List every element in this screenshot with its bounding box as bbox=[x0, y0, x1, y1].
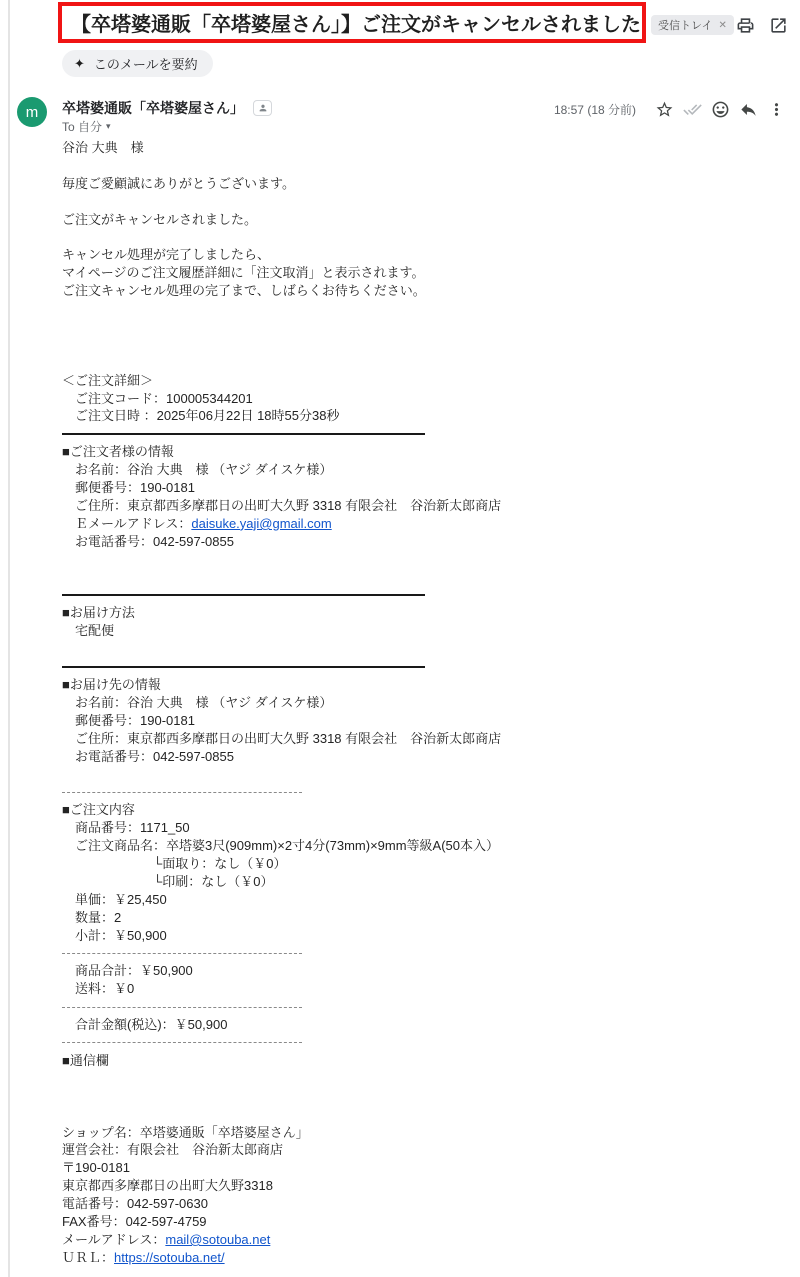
body-line: ご注文日時 ：2025年06月22日 18時55分38秒 bbox=[62, 407, 752, 425]
open-in-new-button[interactable] bbox=[766, 13, 790, 37]
body-text: メールアドレス： bbox=[62, 1232, 165, 1247]
body-line: 電話番号：042-597-0630 bbox=[62, 1195, 752, 1213]
body-line bbox=[62, 157, 752, 175]
body-line bbox=[62, 354, 752, 372]
emoji-reaction-button[interactable] bbox=[706, 95, 734, 123]
smiley-icon bbox=[711, 100, 730, 119]
body-line bbox=[62, 1106, 752, 1124]
avatar-letter: m bbox=[26, 104, 39, 121]
body-line: ご注文がキャンセルされました。 bbox=[62, 211, 752, 229]
body-line: ■ご注文内容 bbox=[62, 801, 752, 819]
to-label: To 自分 bbox=[62, 118, 102, 135]
open-in-new-icon bbox=[769, 16, 788, 35]
body-line: ■ご注文者様の情報 bbox=[62, 443, 752, 461]
more-vert-icon bbox=[767, 100, 786, 119]
body-line: ご注文キャンセル処理の完了まで、しばらくお待ちください。 bbox=[62, 282, 752, 300]
body-line: 合計金額(税込)：￥50,900 bbox=[62, 1016, 752, 1034]
remove-label-icon[interactable]: ✕ bbox=[718, 20, 726, 31]
divider-solid bbox=[62, 587, 752, 605]
body-line: 商品番号：1171_50 bbox=[62, 819, 752, 837]
delivery-status-indicator bbox=[678, 95, 706, 123]
body-line: 毎度ご愛顧誠にありがとうございます。 bbox=[62, 175, 752, 193]
body-line: 小計：￥50,900 bbox=[62, 927, 752, 945]
body-line: ■お届け先の情報 bbox=[62, 676, 752, 694]
email-body: 谷治 大典 様毎度ご愛顧誠にありがとうございます。ご注文がキャンセルされました。… bbox=[62, 139, 752, 1267]
recipient-dropdown[interactable]: To 自分 ▾ bbox=[62, 118, 111, 135]
body-line bbox=[62, 1070, 752, 1088]
print-icon bbox=[736, 16, 755, 35]
divider-dashed bbox=[62, 1034, 752, 1052]
body-line bbox=[62, 300, 752, 318]
body-line: ＵＲＬ：https://sotouba.net/ bbox=[62, 1249, 752, 1267]
body-line: メールアドレス：mail@sotouba.net bbox=[62, 1231, 752, 1249]
body-line: お電話番号：042-597-0855 bbox=[62, 533, 752, 551]
body-line: ご住所：東京都西多摩郡日の出町大久野 3318 有限会社 谷治新太郎商店 bbox=[62, 497, 752, 515]
body-link[interactable]: mail@sotouba.net bbox=[165, 1232, 270, 1247]
summarize-label: このメールを要約 bbox=[94, 54, 198, 73]
body-line bbox=[62, 569, 752, 587]
body-line bbox=[62, 229, 752, 247]
summarize-email-button[interactable]: ✦ このメールを要約 bbox=[62, 50, 213, 77]
sender-badge-icon bbox=[253, 100, 272, 116]
divider-dashed bbox=[62, 945, 752, 963]
body-line: ご注文コード：100005344201 bbox=[62, 390, 752, 408]
body-line: ご注文商品名：卒塔婆3尺(909mm)×2寸4分(73mm)×9mm等級A(50… bbox=[62, 837, 752, 855]
body-line: お名前：谷治 大典 様 （ヤジ ダイスケ様） bbox=[62, 694, 752, 712]
body-line: 運営会社：有限会社 谷治新太郎商店 bbox=[62, 1141, 752, 1159]
body-line: ＜ご注文詳細＞ bbox=[62, 372, 752, 390]
body-line bbox=[62, 336, 752, 354]
inbox-label-chip[interactable]: 受信トレイ ✕ bbox=[651, 15, 734, 35]
reply-icon bbox=[739, 100, 758, 119]
body-line bbox=[62, 766, 752, 784]
body-line: 単価：￥25,450 bbox=[62, 891, 752, 909]
body-line: 送料：￥0 bbox=[62, 980, 752, 998]
body-line: 商品合計：￥50,900 bbox=[62, 962, 752, 980]
body-line: ご住所：東京都西多摩郡日の出町大久野 3318 有限会社 谷治新太郎商店 bbox=[62, 730, 752, 748]
inbox-label-text: 受信トレイ bbox=[658, 17, 712, 33]
body-line: FAX番号：042-597-4759 bbox=[62, 1213, 752, 1231]
divider-solid bbox=[62, 425, 752, 443]
body-line: 郵便番号：190-0181 bbox=[62, 712, 752, 730]
body-line: 〒190-0181 bbox=[62, 1159, 752, 1177]
body-line: └面取り：なし（￥0） bbox=[62, 855, 752, 873]
body-line: お電話番号：042-597-0855 bbox=[62, 748, 752, 766]
body-link[interactable]: https://sotouba.net/ bbox=[114, 1250, 225, 1265]
subject-line: 【卒塔婆通販「卒塔婆屋さん」】ご注文がキャンセルされました bbox=[58, 2, 646, 43]
star-button[interactable] bbox=[650, 95, 678, 123]
sparkle-icon: ✦ bbox=[74, 56, 85, 72]
subject-text: 【卒塔婆通販「卒塔婆屋さん」】ご注文がキャンセルされました bbox=[71, 8, 641, 37]
body-line bbox=[62, 318, 752, 336]
double-check-icon bbox=[683, 100, 702, 119]
more-options-button[interactable] bbox=[762, 95, 790, 123]
body-line: 郵便番号：190-0181 bbox=[62, 479, 752, 497]
left-divider bbox=[8, 0, 10, 1277]
star-icon bbox=[655, 100, 674, 119]
body-text: Ｅメールアドレス： bbox=[62, 516, 191, 531]
email-timestamp: 18:57 (18 分前) bbox=[554, 101, 636, 118]
body-line bbox=[62, 1088, 752, 1106]
divider-dashed bbox=[62, 783, 752, 801]
reply-button[interactable] bbox=[734, 95, 762, 123]
body-line bbox=[62, 551, 752, 569]
body-line: 東京都西多摩郡日の出町大久野3318 bbox=[62, 1177, 752, 1195]
body-line: ■お届け方法 bbox=[62, 604, 752, 622]
body-line: ショップ名：卒塔婆通販「卒塔婆屋さん」 bbox=[62, 1124, 752, 1142]
body-line: ■通信欄 bbox=[62, 1052, 752, 1070]
gmail-email-view: 【卒塔婆通販「卒塔婆屋さん」】ご注文がキャンセルされました 受信トレイ ✕ ✦ … bbox=[0, 0, 800, 1277]
print-button[interactable] bbox=[733, 13, 757, 37]
divider-solid bbox=[62, 658, 752, 676]
body-line: お名前：谷治 大典 様 （ヤジ ダイスケ様） bbox=[62, 461, 752, 479]
body-line: └印刷：なし（￥0） bbox=[62, 873, 752, 891]
chevron-down-icon: ▾ bbox=[106, 121, 111, 132]
body-link[interactable]: daisuke.yaji@gmail.com bbox=[191, 516, 331, 531]
body-line: キャンセル処理が完了しましたら、 bbox=[62, 246, 752, 264]
body-line bbox=[62, 640, 752, 658]
sender-avatar[interactable]: m bbox=[17, 97, 47, 127]
body-line: 宅配便 bbox=[62, 622, 752, 640]
divider-dashed bbox=[62, 998, 752, 1016]
body-line: Ｅメールアドレス：daisuke.yaji@gmail.com bbox=[62, 515, 752, 533]
sender-name: 卒塔婆通販「卒塔婆屋さん」 bbox=[62, 98, 244, 118]
person-icon bbox=[258, 103, 268, 113]
body-line: 数量：2 bbox=[62, 909, 752, 927]
body-line: マイページのご注文履歴詳細に「注文取消」と表示されます。 bbox=[62, 264, 752, 282]
body-line bbox=[62, 193, 752, 211]
body-line: 谷治 大典 様 bbox=[62, 139, 752, 157]
body-text: ＵＲＬ： bbox=[62, 1250, 114, 1265]
